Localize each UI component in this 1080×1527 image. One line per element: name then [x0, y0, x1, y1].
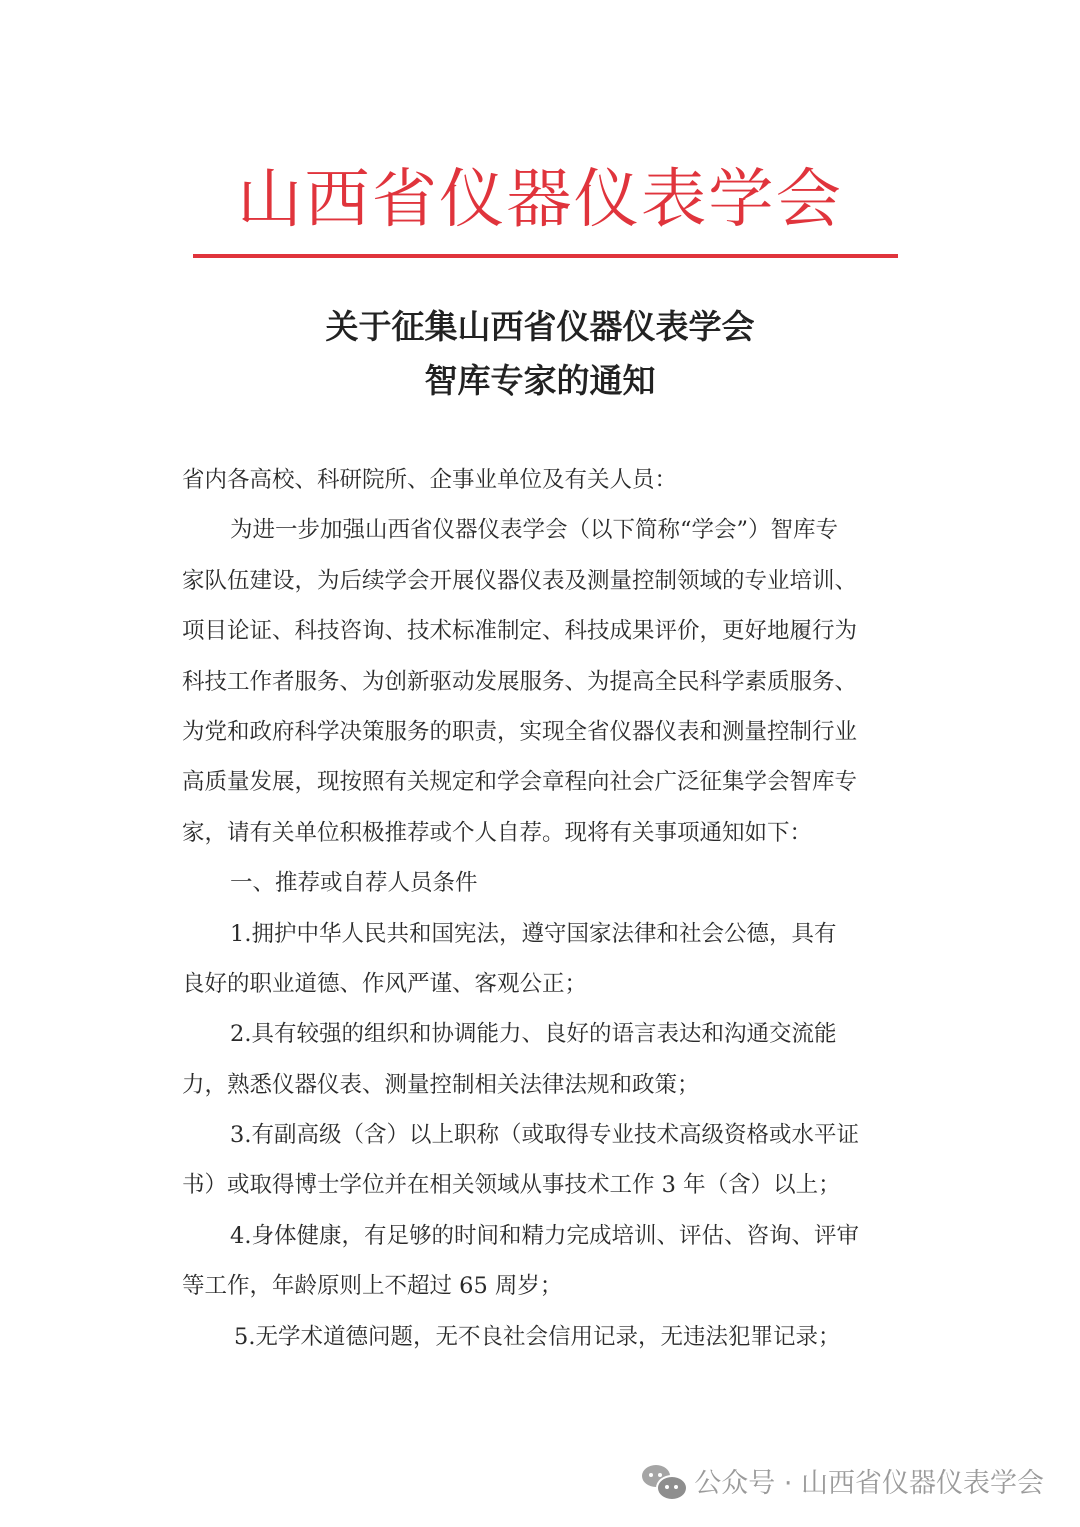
intro-line: 为党和政府科学决策服务的职责，实现全省仪器仪表和测量控制行业 — [182, 707, 902, 757]
intro-line: 为进一步加强山西省仪器仪表学会（以下简称“学会”）智库专 — [182, 505, 902, 555]
document-page: 山西省仪器仪表学会 关于征集山西省仪器仪表学会 智库专家的通知 省内各高校、科研… — [0, 0, 1080, 1527]
salutation: 省内各高校、科研院所、企事业单位及有关人员： — [182, 455, 902, 505]
condition-1-line: 1.拥护中华人民共和国宪法，遵守国家法律和社会公德，具有 — [182, 909, 902, 959]
wechat-watermark: 公众号 · 山西省仪器仪表学会 — [642, 1461, 1044, 1500]
intro-line: 项目论证、科技咨询、技术标准制定、科技成果评价，更好地履行为 — [182, 606, 902, 656]
condition-2-line: 力，熟悉仪器仪表、测量控制相关法律法规和政策； — [182, 1060, 902, 1110]
title-line-1: 关于征集山西省仪器仪表学会 — [0, 300, 1080, 354]
document-body: 省内各高校、科研院所、企事业单位及有关人员： 为进一步加强山西省仪器仪表学会（以… — [182, 455, 902, 1362]
condition-3-line: 书）或取得博士学位并在相关领域从事技术工作 3 年（含）以上； — [182, 1160, 902, 1210]
watermark-label: 公众号 · 山西省仪器仪表学会 — [694, 1461, 1044, 1500]
intro-line: 高质量发展，现按照有关规定和学会章程向社会广泛征集学会智库专 — [182, 757, 902, 807]
title-line-2: 智库专家的通知 — [0, 354, 1080, 408]
condition-5-line: 5.无学术道德问题，无不良社会信用记录，无违法犯罪记录； — [182, 1312, 902, 1362]
intro-line: 家，请有关单位积极推荐或个人自荐。现将有关事项通知如下： — [182, 808, 902, 858]
intro-line: 科技工作者服务、为创新驱动发展服务、为提高全民科学素质服务、 — [182, 657, 902, 707]
intro-line: 家队伍建设，为后续学会开展仪器仪表及测量控制领域的专业培训、 — [182, 556, 902, 606]
letterhead-org-name: 山西省仪器仪表学会 — [0, 160, 1080, 240]
condition-1-line: 良好的职业道德、作风严谨、客观公正； — [182, 959, 902, 1009]
condition-3-line: 3.有副高级（含）以上职称（或取得专业技术高级资格或水平证 — [182, 1110, 902, 1160]
document-title: 关于征集山西省仪器仪表学会 智库专家的通知 — [0, 300, 1080, 408]
condition-2-line: 2.具有较强的组织和协调能力、良好的语言表达和沟通交流能 — [182, 1009, 902, 1059]
letterhead-red-rule — [193, 254, 898, 258]
section-heading: 一、推荐或自荐人员条件 — [182, 858, 902, 908]
wechat-icon — [642, 1463, 686, 1499]
condition-4-line: 4.身体健康，有足够的时间和精力完成培训、评估、咨询、评审 — [182, 1211, 902, 1261]
condition-4-line: 等工作，年龄原则上不超过 65 周岁； — [182, 1261, 902, 1311]
